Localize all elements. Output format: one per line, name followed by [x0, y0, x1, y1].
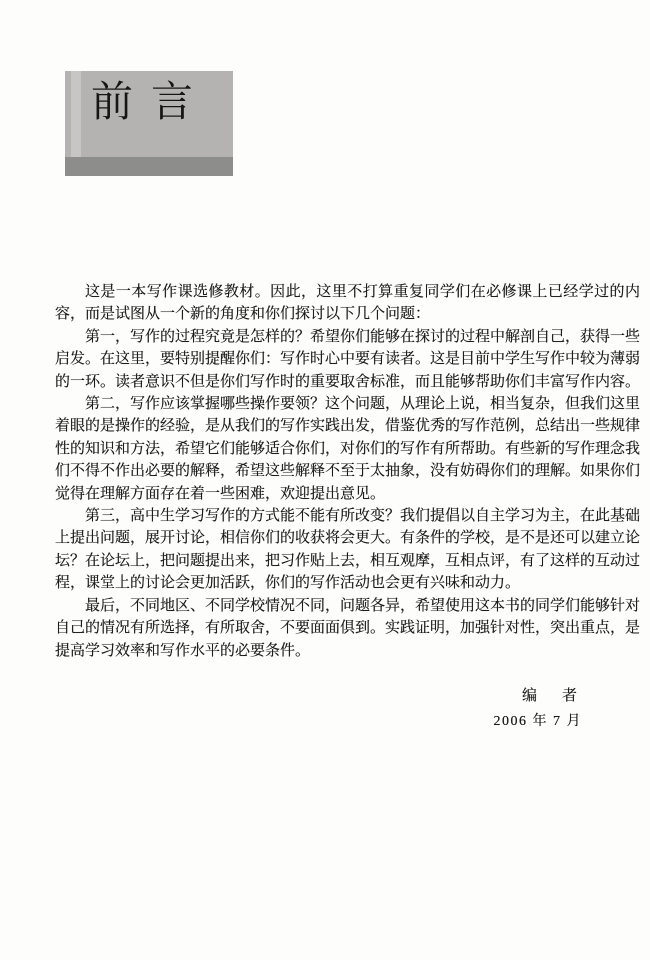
preface-title: 前言: [91, 79, 211, 127]
paragraph: 最后，不同地区、不同学校情况不同，问题各异，希望使用这本书的同学们能够针对自己的…: [55, 595, 640, 662]
signature-block: 编 者 2006 年 7 月: [55, 683, 640, 735]
paragraph: 第一，写作的过程究竟是怎样的？希望你们能够在探讨的过程中解剖自己，获得一些启发。…: [55, 326, 640, 393]
banner-bottom-bar: [65, 157, 233, 176]
paragraph: 第三，高中生学习写作的方式能不能有所改变？我们提倡以自主学习为主，在此基础上提出…: [55, 505, 640, 595]
preface-body: 这是一本写作课选修教材。因此，这里不打算重复同学们在必修课上已经学过的内容，而是…: [55, 281, 640, 662]
scanned-preface-page: 前言 这是一本写作课选修教材。因此，这里不打算重复同学们在必修课上已经学过的内容…: [0, 0, 650, 960]
paragraph: 第二，写作应该掌握哪些操作要领？这个问题，从理论上说，相当复杂，但我们这里着眼的…: [55, 393, 640, 505]
paragraph: 这是一本写作课选修教材。因此，这里不打算重复同学们在必修课上已经学过的内容，而是…: [55, 281, 640, 326]
author-line: 编 者: [55, 683, 582, 709]
preface-title-banner: 前言: [65, 71, 233, 176]
date-line: 2006 年 7 月: [55, 709, 582, 735]
